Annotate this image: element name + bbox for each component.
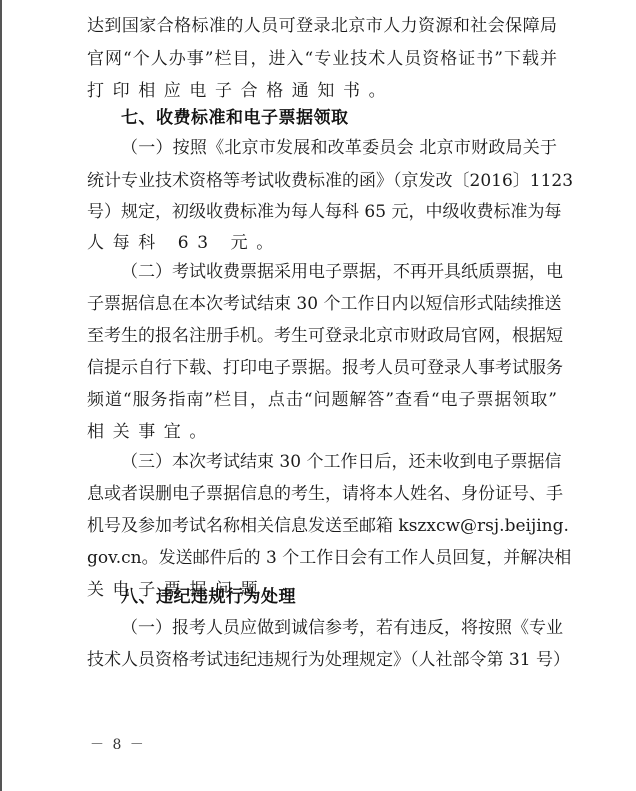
text-line-content: 达到国家合格标准的人员可登录北京市人力资源和社会保障局 [87,13,557,39]
text-line: 子票据信息在本次考试结束 30 个工作日内以短信形式陆续推送 [87,291,557,317]
text-line-content: （二）考试收费票据采用电子票据，不再开具纸质票据，电 [121,259,557,285]
text-line-content: 子票据信息在本次考试结束 30 个工作日内以短信形式陆续推送 [87,291,557,317]
text-line: （一）报考人员应做到诚信参考，若有违反，将按照《专业 [121,615,557,641]
text-line-content: 相关事宜。 [87,419,557,445]
text-line-content: gov.cn。发送邮件后的 3 个工作日会有工作人员回复，并解决相 [87,545,557,571]
text-line-content: （一）按照《北京市发展和改革委员会 北京市财政局关于 [121,135,557,161]
text-line: （二）考试收费票据采用电子票据，不再开具纸质票据，电 [121,259,557,285]
text-line: 官网“个人办事”栏目，进入“专业技术人员资格证书”下载并 [87,46,557,72]
page-left-border [0,0,2,791]
section-heading-8: 八、违纪违规行为处理 [121,584,296,610]
text-line: 相关事宜。 [87,419,557,445]
text-line: 人每科 63 元。 [87,230,557,256]
text-line: 号）规定，初级收费标准为每人每科 65 元，中级收费标准为每 [87,199,557,225]
email-address-line: 机号及参加考试名称相关信息发送至邮箱 kszxcw@rsj.beijing. [87,513,557,539]
text-line-content: 技术人员资格考试违纪违规行为处理规定》（人社部令第 31 号） [87,647,557,673]
text-line: 频道“服务指南”栏目，点击“问题解答”查看“电子票据领取” [87,387,557,413]
text-line: （三）本次考试结束 30 个工作日后，还未收到电子票据信 [121,449,557,475]
text-line-content: 人每科 63 元。 [87,230,557,256]
text-line: （一）按照《北京市发展和改革委员会 北京市财政局关于 [121,135,557,161]
section-heading-7: 七、收费标准和电子票据领取 [121,105,349,131]
text-line: 达到国家合格标准的人员可登录北京市人力资源和社会保障局 [87,13,557,39]
text-line-content: 息或者误删电子票据信息的考生，请将本人姓名、身份证号、手 [87,481,557,507]
text-line: 息或者误删电子票据信息的考生，请将本人姓名、身份证号、手 [87,481,557,507]
text-line-content: 至考生的报名注册手机。考生可登录北京市财政局官网，根据短 [87,323,557,349]
text-line-content: 统计专业技术资格等考试收费标准的函》（京发改〔2016〕1123 [87,168,557,194]
text-line-content: 频道“服务指南”栏目，点击“问题解答”查看“电子票据领取” [87,387,557,413]
text-line: 至考生的报名注册手机。考生可登录北京市财政局官网，根据短 [87,323,557,349]
text-line-content: 号）规定，初级收费标准为每人每科 65 元，中级收费标准为每 [87,199,557,225]
text-line: 统计专业技术资格等考试收费标准的函》（京发改〔2016〕1123 [87,168,557,194]
text-line-content: 官网“个人办事”栏目，进入“专业技术人员资格证书”下载并 [87,46,557,72]
text-line: 信提示自行下载、打印电子票据。报考人员可登录人事考试服务 [87,355,557,381]
page-number: － 8 － [90,732,146,758]
text-line-content: （三）本次考试结束 30 个工作日后，还未收到电子票据信 [121,449,557,475]
text-line: gov.cn。发送邮件后的 3 个工作日会有工作人员回复，并解决相 [87,545,557,571]
text-line-content: 打印相应电子合格通知书。 [87,78,557,104]
text-line: 技术人员资格考试违纪违规行为处理规定》（人社部令第 31 号） [87,647,557,673]
text-line: 机号及参加考试名称相关信息发送至邮箱 kszxcw@rsj.beijing. [87,513,557,539]
text-line-content: 信提示自行下载、打印电子票据。报考人员可登录人事考试服务 [87,355,557,381]
text-line-content: （一）报考人员应做到诚信参考，若有违反，将按照《专业 [121,615,557,641]
text-line: 打印相应电子合格通知书。 [87,78,557,104]
